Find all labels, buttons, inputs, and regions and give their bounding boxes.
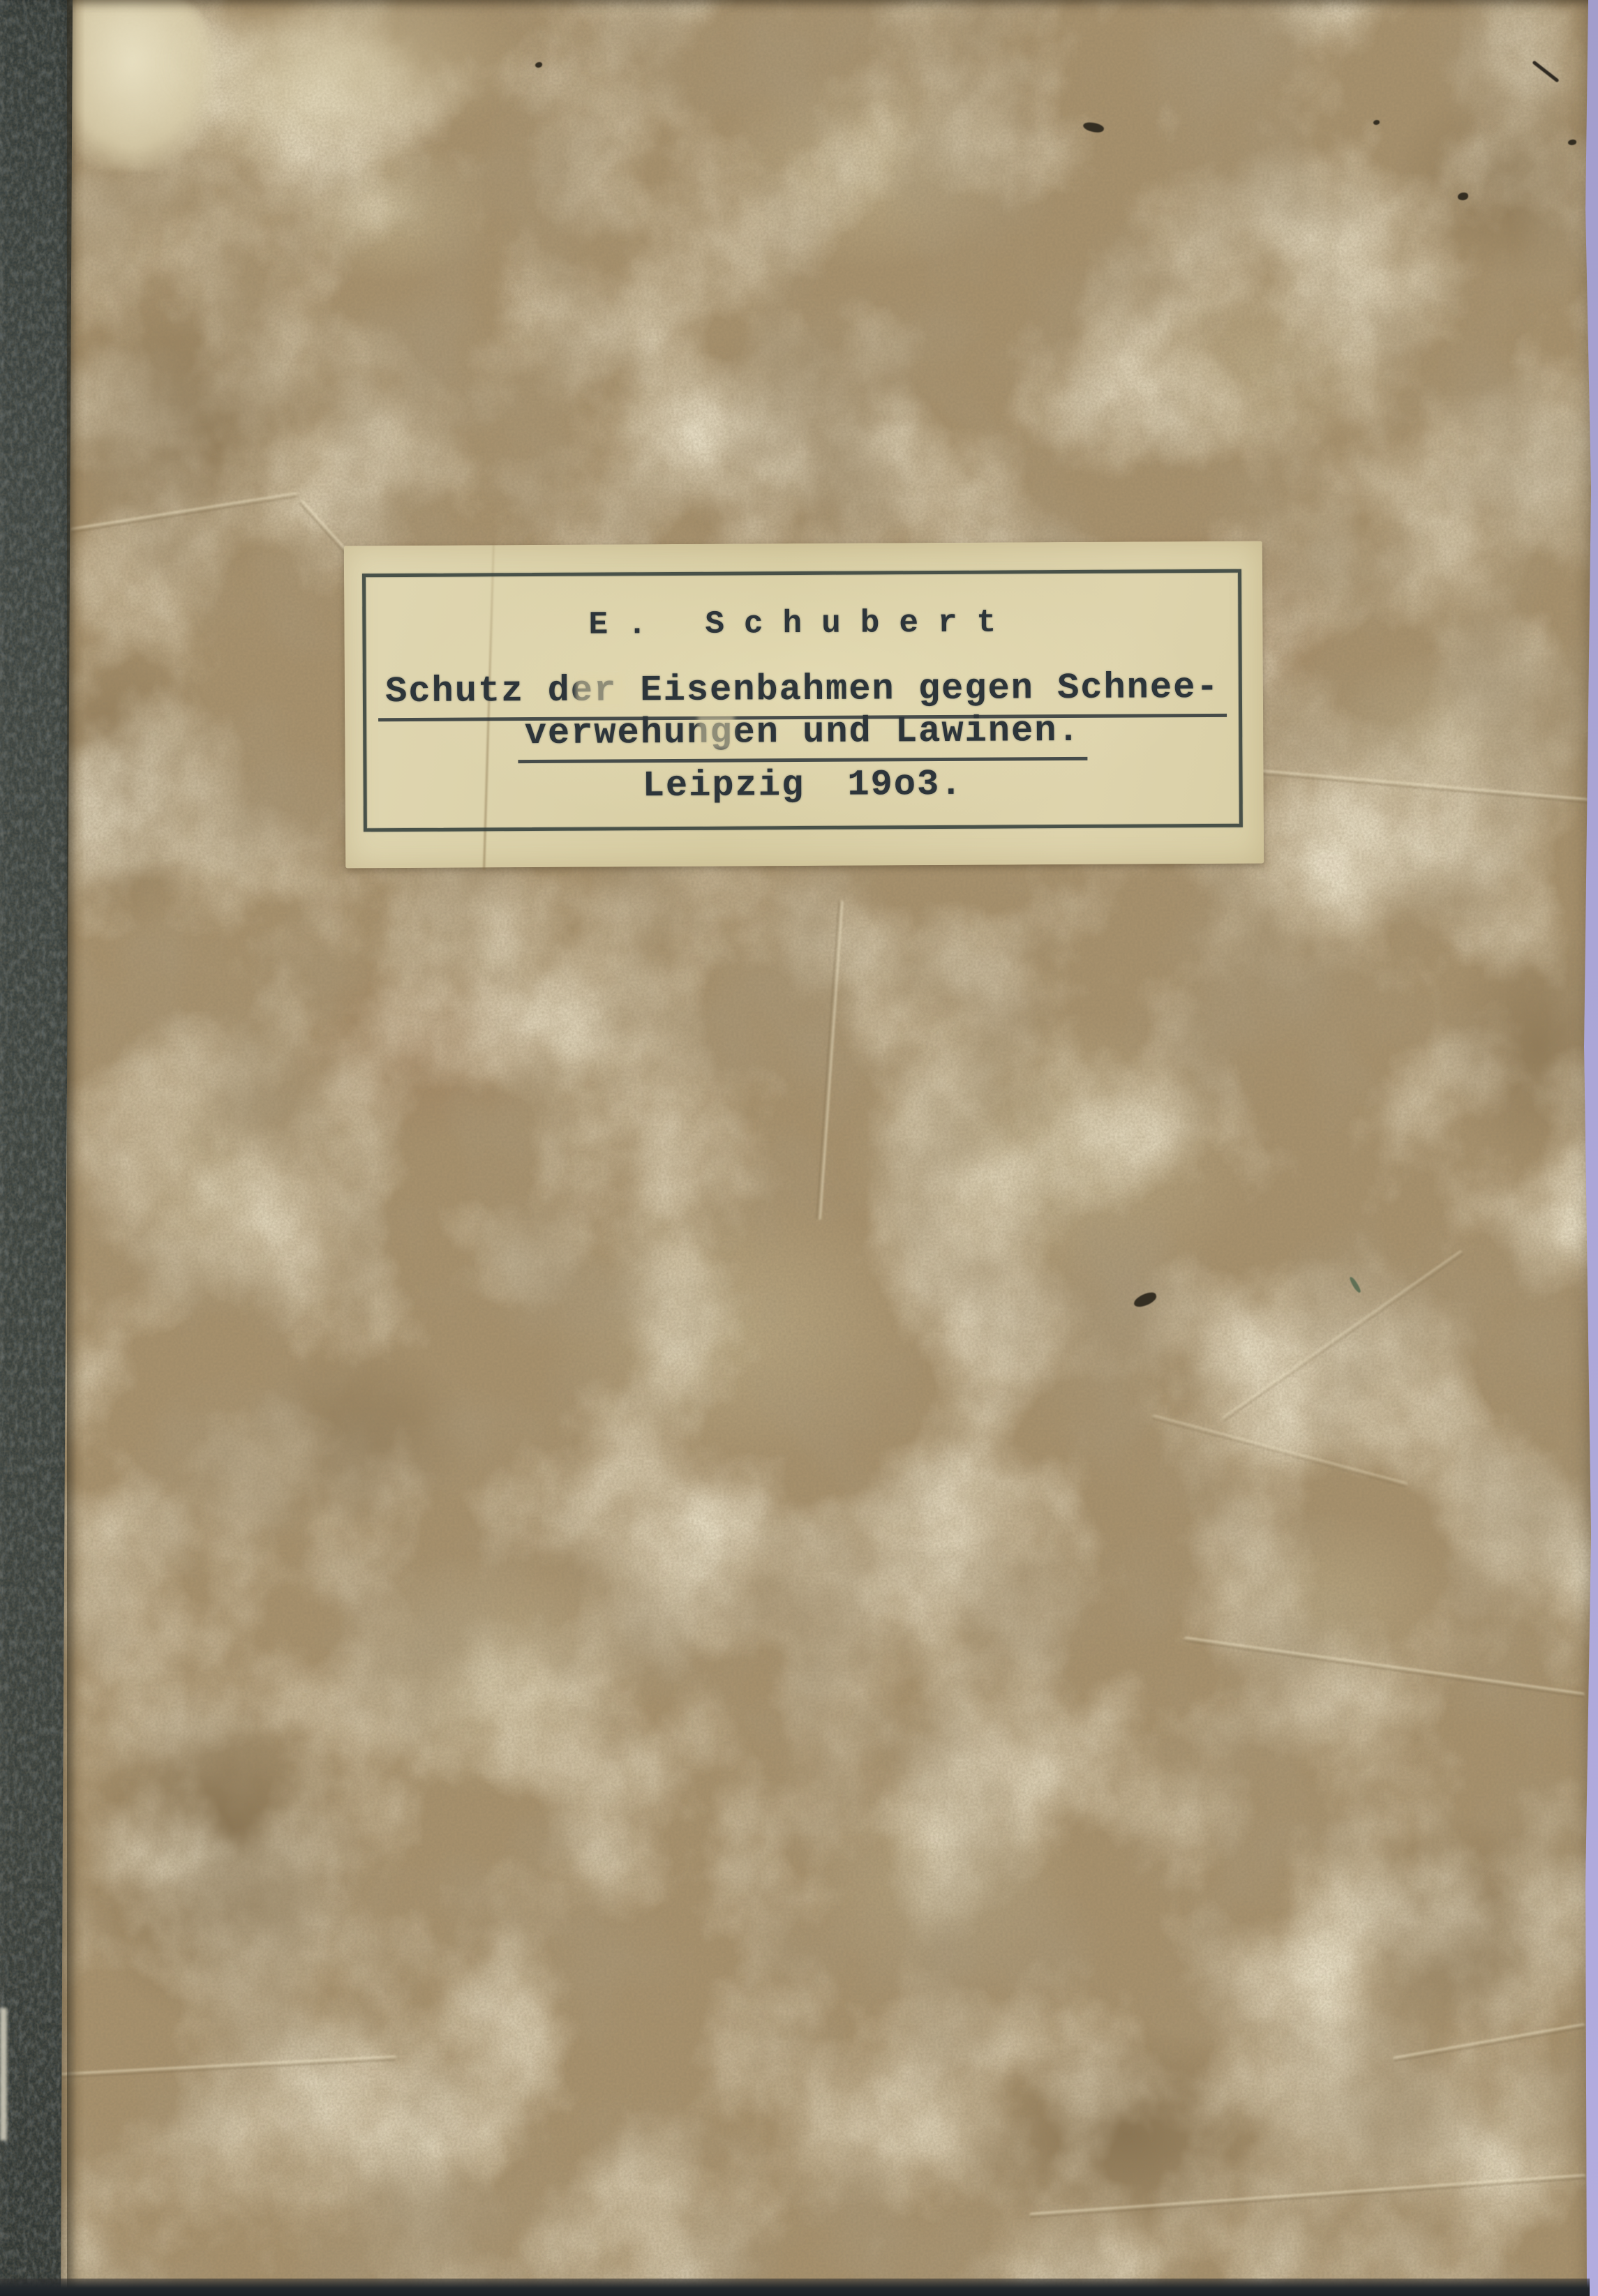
book-cover-photo: E. Schubert Schutz der Eisenbahmen gegen… (0, 0, 1598, 2296)
ink-stain (1458, 193, 1468, 200)
scratch-mark (1532, 60, 1559, 82)
crease-line (70, 492, 298, 533)
label-border: E. Schubert Schutz der Eisenbahmen gegen… (362, 569, 1243, 832)
crease-line (816, 900, 843, 1220)
crease-line (1183, 1637, 1585, 1698)
cover-paper: E. Schubert Schutz der Eisenbahmen gegen… (59, 0, 1598, 2296)
author-line: E. Schubert (366, 603, 1238, 645)
title-line-2: verwehungen und Lawinen. (366, 710, 1239, 756)
crease-line (1029, 2174, 1587, 2218)
bottom-page-edge (0, 2279, 1590, 2296)
title-line-1: Schutz der Eisenbahmen gegen Schnee- (366, 667, 1239, 713)
green-mark (1348, 1275, 1361, 1293)
ink-stain (1568, 140, 1576, 145)
ink-stain (1132, 1291, 1158, 1310)
spine-edge-sliver (0, 2008, 7, 2140)
crease-line (1221, 1250, 1464, 1422)
paper-mottle-texture (59, 0, 1598, 2296)
faded-corner-area (163, 0, 526, 147)
ink-stain (1082, 120, 1105, 134)
crease-line (1151, 1414, 1409, 1487)
cover-edge-shading (59, 0, 1598, 2296)
imprint-line: Leipzig 19o3. (366, 763, 1239, 809)
ink-stain (535, 62, 542, 68)
crease-line (1393, 2023, 1586, 2062)
title-label: E. Schubert Schutz der Eisenbahmen gegen… (344, 541, 1264, 869)
title-line-2-text: verwehungen und Lawinen. (518, 710, 1088, 763)
ink-stain (1373, 120, 1380, 125)
